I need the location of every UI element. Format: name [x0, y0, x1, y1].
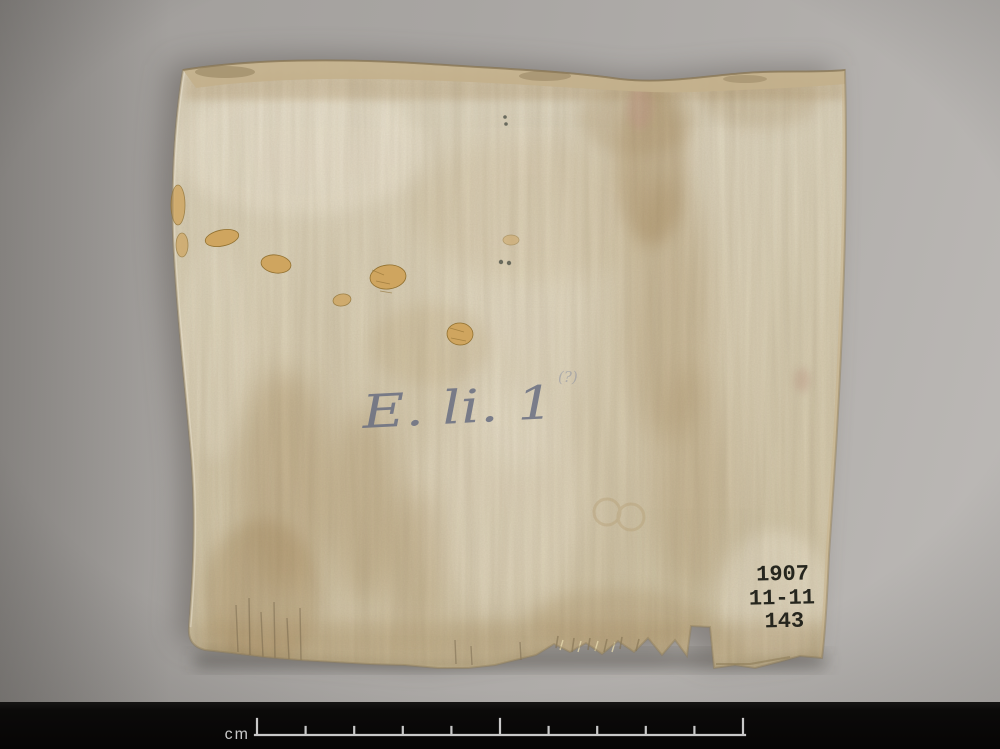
scale-unit-label: cm: [225, 726, 250, 743]
artifact-photo: E. li. 1 (?) 1907 11-11 143 cm: [0, 0, 1000, 749]
photo-stage: E. li. 1 (?) 1907 11-11 143 cm: [0, 0, 1000, 749]
scale-bar: cm: [0, 702, 1000, 749]
left-shade: [0, 0, 170, 702]
